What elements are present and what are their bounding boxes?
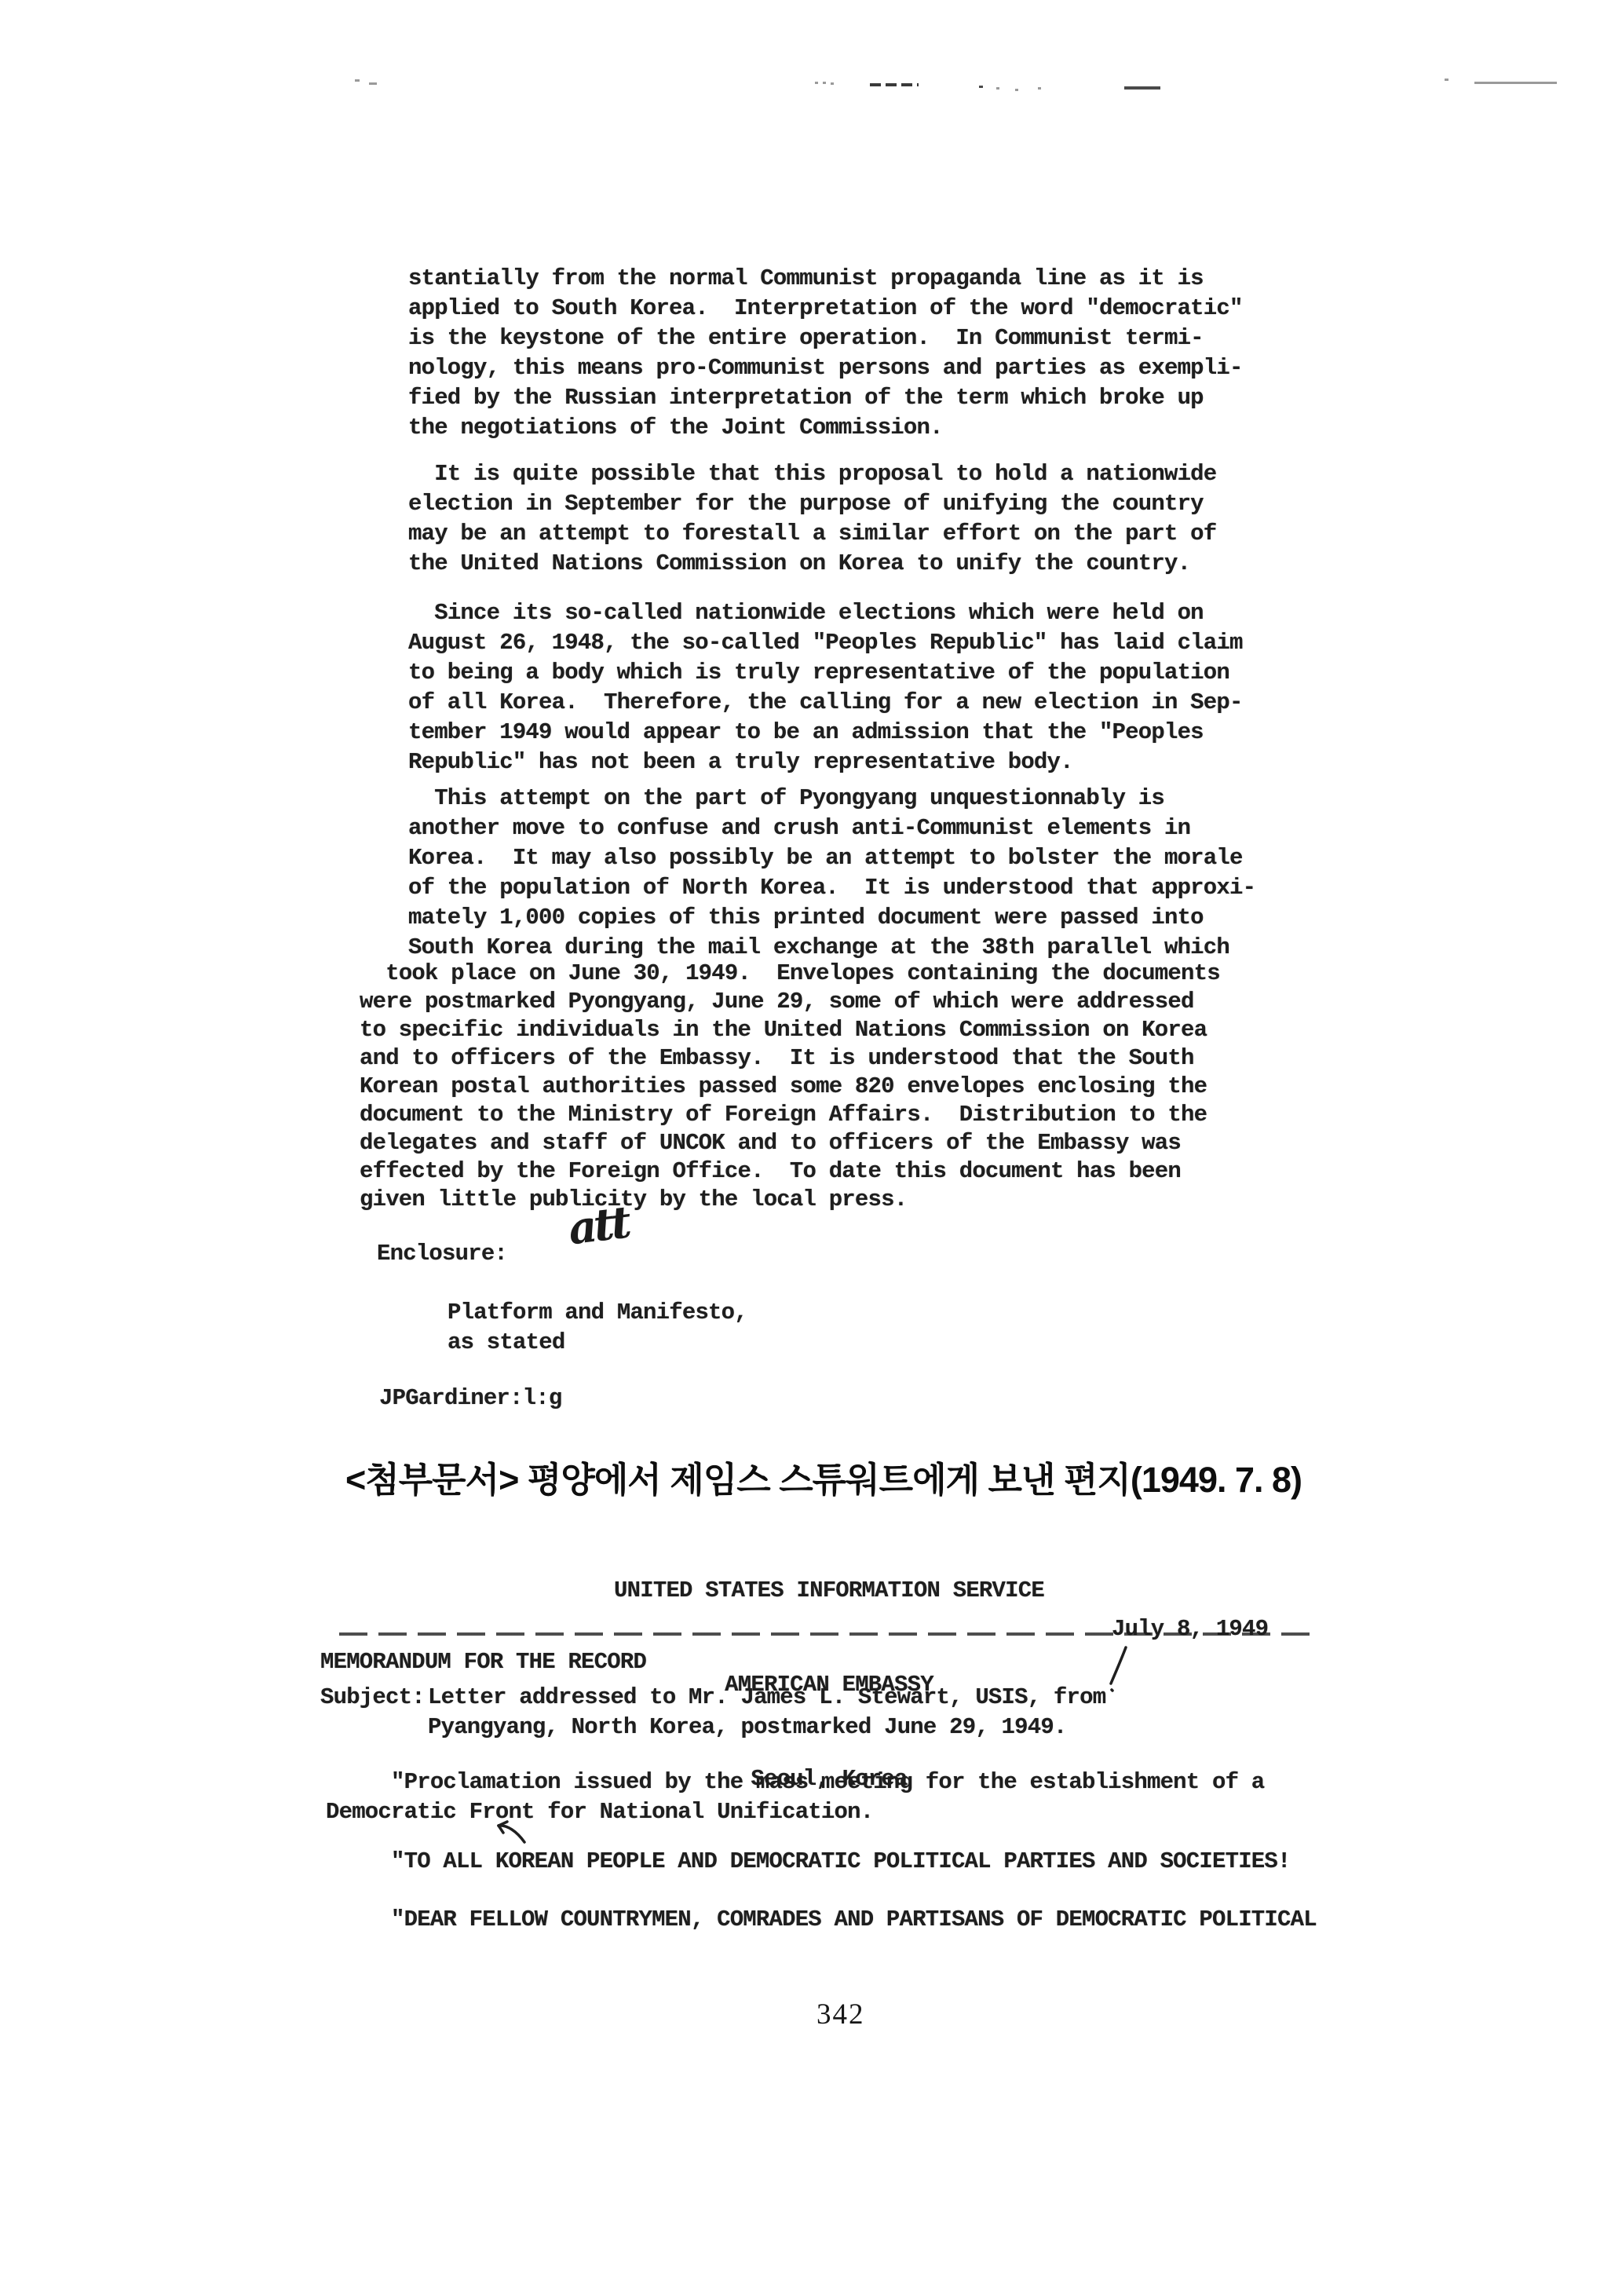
scan-artifact <box>1124 86 1160 90</box>
typist-initials-line: JPGardiner:l:g <box>379 1384 561 1413</box>
handwritten-caret-mark <box>495 1820 529 1845</box>
scan-artifact <box>823 82 826 84</box>
subject-label: Subject: <box>320 1683 425 1713</box>
letterhead-line-1: UNITED STATES INFORMATION SERVICE <box>614 1575 1044 1607</box>
document-page: { "document": { "letter_continuation": {… <box>0 0 1622 2296</box>
memo-body-paragraph-3: "DEAR FELLOW COUNTRYMEN, COMRADES AND PA… <box>326 1905 1317 1935</box>
scan-artifact <box>996 87 999 90</box>
scan-artifact <box>1445 79 1448 81</box>
scan-artifact <box>815 82 818 84</box>
memo-title: MEMORANDUM FOR THE RECORD <box>320 1647 646 1677</box>
scan-artifact <box>831 82 834 85</box>
letter-paragraph-3: Since its so-called nationwide elections… <box>408 598 1243 777</box>
scan-artifact <box>870 83 919 86</box>
letter-paragraph-2: It is quite possible that this proposal … <box>408 459 1216 579</box>
scan-artifact <box>1474 82 1557 84</box>
subject-text: Letter addressed to Mr. James L. Stewart… <box>428 1683 1105 1742</box>
scan-artifact <box>369 82 377 85</box>
letter-paragraph-1: stantially from the normal Communist pro… <box>408 264 1243 443</box>
memo-body-paragraph-1: "Proclamation issued by the mass meeting… <box>326 1768 1264 1827</box>
scan-artifact <box>355 79 360 82</box>
page-number: 342 <box>816 1998 865 2031</box>
handwritten-slash-mark <box>1107 1644 1131 1693</box>
handwritten-att-annotation: att <box>565 1197 631 1256</box>
enclosure-label: Enclosure: <box>377 1239 507 1269</box>
memo-body-paragraph-2: "TO ALL KOREAN PEOPLE AND DEMOCRATIC POL… <box>326 1847 1291 1877</box>
scan-artifact <box>979 86 983 88</box>
date-line: July 8, 1949 <box>1112 1614 1268 1644</box>
letter-paragraph-4a: This attempt on the part of Pyongyang un… <box>408 784 1255 963</box>
attachment-caption-korean: <첨부문서> 평양에서 제임스 스튜워트에게 보낸 편지(1949. 7. 8) <box>345 1451 1302 1502</box>
scan-artifact <box>1015 89 1018 91</box>
enclosure-item-list: Platform and Manifesto, as stated <box>448 1298 747 1358</box>
letter-paragraph-4b: took place on June 30, 1949. Envelopes c… <box>360 960 1220 1214</box>
scan-artifact <box>1038 87 1041 90</box>
